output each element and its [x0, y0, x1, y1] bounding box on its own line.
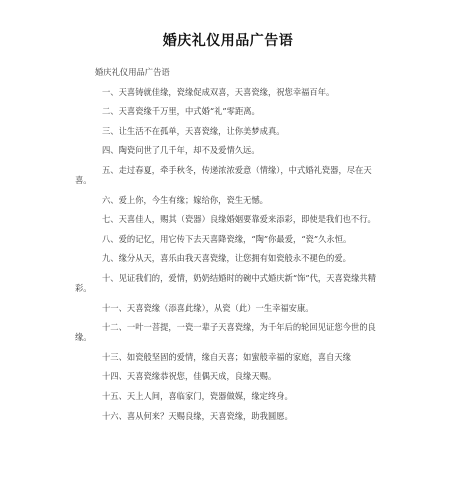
document-title: 婚庆礼仪用品广告语 [0, 30, 456, 50]
slogan-paragraph: 六、爱上你，今生有缘；嫁给你，瓷生无憾。 [75, 195, 385, 205]
slogan-paragraph: 一、天喜铸就佳缘，瓷缘促成双喜，天喜瓷缘，祝您幸福百年。 [75, 87, 385, 97]
slogan-paragraph: 九、缘分从天，喜乐由我天喜瓷缘，让您拥有如瓷般永不褪色的爱。 [75, 253, 385, 263]
slogan-paragraph: 十三、如瓷般坚固的爱情，缘自天喜；如蜜般幸福的家庭，喜自天缘 [75, 352, 385, 362]
slogan-paragraph: 十四、天喜瓷缘恭祝您，佳偶天成，良缘天赐。 [75, 371, 385, 381]
slogan-paragraph: 八、爱的记忆，用它传下去天喜降瓷缘，“陶”你最爱，“瓷”久永恒。 [75, 234, 385, 244]
slogan-paragraph: 十五、天上人间，喜临家门，瓷器做媒，缘定终身。 [75, 391, 385, 401]
document-body: 婚庆礼仪用品广告语 一、天喜铸就佳缘，瓷缘促成双喜，天喜瓷缘，祝您幸福百年。 二… [75, 67, 385, 430]
slogan-paragraph: 十一、天喜瓷缘（添喜此缘），从瓷（此）一生幸福安康。 [75, 303, 385, 313]
slogan-paragraph: 五、走过春夏，牵手秋冬，传递浓浓爱意（情缘），中式婚礼瓷器，尽在天喜。 [75, 165, 385, 185]
slogan-paragraph: 二、天喜瓷缘千万里，中式婚“礼”零距离。 [75, 106, 385, 116]
slogan-paragraph: 七、天喜佳人，赐其（瓷器）良缘婚姻要靠爱来添彩，即使是我们也不行。 [75, 214, 385, 224]
slogan-paragraph: 十二、一叶一菩提，一瓷一辈子天喜瓷缘，为千年后的轮回见证您今世的良缘。 [75, 322, 385, 342]
slogan-paragraph: 十、见证我们的，爱情，奶奶结婚时的碗中式婚庆新“饰”代，天喜瓷缘共精彩。 [75, 273, 385, 293]
slogan-paragraph: 三、让生活不在孤单，天喜瓷缘，让你美梦成真。 [75, 126, 385, 136]
document-subtitle: 婚庆礼仪用品广告语 [75, 67, 385, 77]
slogan-paragraph: 十六、喜从何来？天赐良缘，天喜瓷缘，助我圆愿。 [75, 411, 385, 421]
document-page: 婚庆礼仪用品广告语 婚庆礼仪用品广告语 一、天喜铸就佳缘，瓷缘促成双喜，天喜瓷缘… [0, 0, 456, 500]
slogan-paragraph: 四、陶瓷问世了几千年，却不及爱情久远。 [75, 145, 385, 155]
